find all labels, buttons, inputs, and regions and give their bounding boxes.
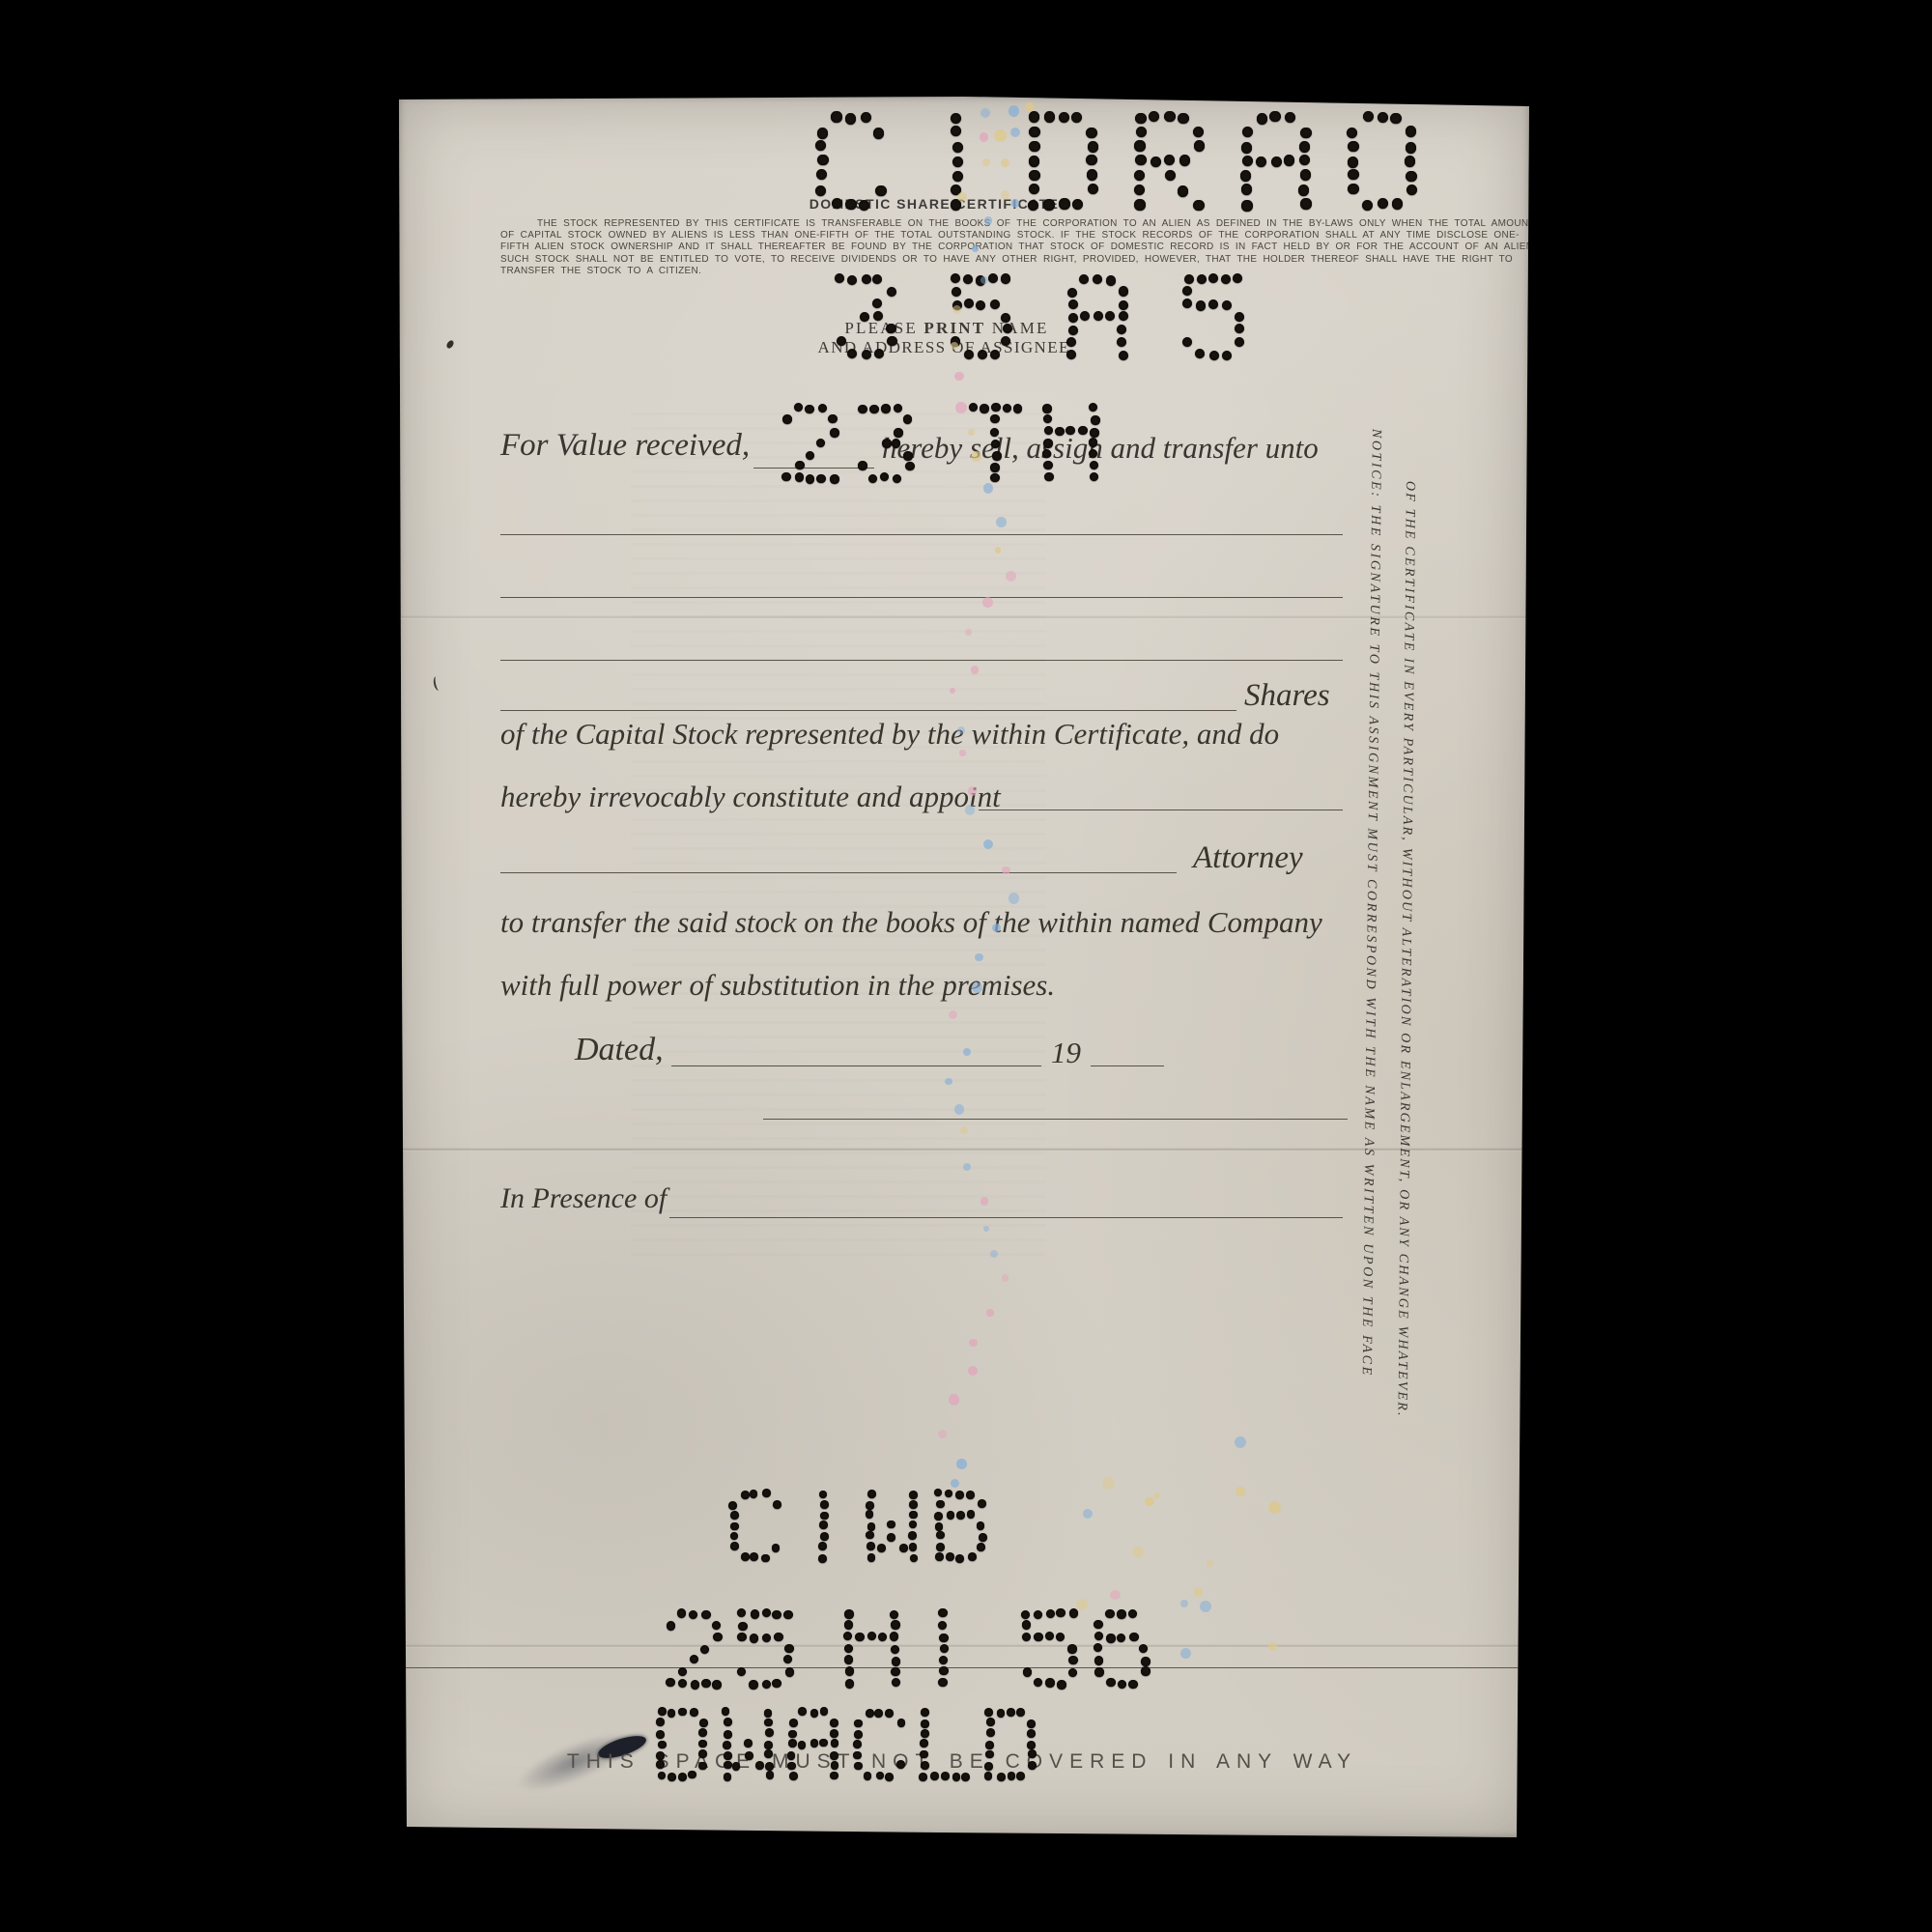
punch-hole	[919, 1773, 927, 1781]
punch-hole	[997, 1709, 1006, 1718]
punch-hole	[772, 1610, 781, 1619]
punch-hole	[951, 185, 961, 195]
punch-hole	[867, 1632, 876, 1640]
confetti-chad	[1153, 1492, 1160, 1499]
punch-hole	[788, 1739, 797, 1747]
punch-hole	[955, 1491, 964, 1499]
punch-hole	[773, 1500, 781, 1509]
punch-hole	[830, 1772, 838, 1780]
punch-hole	[984, 1708, 993, 1717]
punch-hole	[910, 1554, 919, 1563]
punch-hole	[1300, 198, 1311, 209]
punch-hole	[724, 1751, 732, 1760]
punch-hole	[730, 1532, 739, 1541]
punch-hole	[1105, 311, 1115, 321]
punch-hole	[730, 1511, 739, 1520]
punch-hole	[764, 1741, 773, 1749]
punch-hole	[1182, 337, 1192, 347]
punch-hole	[723, 1741, 731, 1749]
punch-hole	[1141, 1666, 1150, 1675]
punch-hole	[810, 1739, 819, 1747]
punch-hole	[1363, 111, 1374, 122]
confetti-chad	[986, 1309, 994, 1317]
substitution-text: with full power of substitution in the p…	[500, 968, 1055, 1003]
signature-blank	[763, 1119, 1348, 1120]
punch-hole	[1117, 1634, 1125, 1642]
in-presence-of-label: In Presence of	[500, 1182, 667, 1215]
signature-notice-line1: NOTICE: THE SIGNATURE TO THIS ASSIGNMENT…	[1358, 429, 1383, 1378]
punch-hole	[750, 1552, 758, 1561]
punch-hole	[1135, 113, 1146, 124]
punch-hole	[698, 1740, 707, 1748]
punch-hole	[845, 113, 856, 124]
punch-hole	[831, 1761, 839, 1770]
confetti-chad	[954, 372, 964, 382]
punch-hole	[805, 405, 813, 413]
punch-hole	[920, 1750, 928, 1759]
confetti-chad	[968, 1366, 978, 1376]
punch-hole	[1406, 185, 1417, 195]
punch-hole	[795, 472, 804, 481]
punch-hole	[656, 1718, 665, 1726]
punch-hole	[1093, 274, 1102, 284]
restriction-title: DOMESTIC SHARE CERTIFICATE	[805, 196, 1064, 212]
restriction-line: THE STOCK REPRESENTED BY THIS CERTIFICAT…	[500, 218, 1457, 230]
punch-hole	[1029, 184, 1039, 194]
punch-hole	[815, 140, 826, 151]
punch-hole	[1022, 1633, 1031, 1641]
punch-hole	[866, 1709, 874, 1718]
punch-hole	[785, 1667, 794, 1676]
punch-hole	[837, 336, 846, 346]
punch-hole	[765, 1762, 774, 1771]
punch-hole	[1003, 324, 1012, 333]
punch-hole	[938, 1608, 947, 1617]
punch-hole	[737, 1633, 746, 1641]
confetti-chad	[1009, 105, 1020, 117]
punch-hole	[844, 1609, 853, 1618]
punch-hole	[1117, 1609, 1125, 1618]
alien-ownership-restriction-text: THE STOCK REPRESENTED BY THIS CERTIFICAT…	[500, 218, 1457, 277]
sell-assign-transfer-text: hereby sell, assign and transfer unto	[882, 431, 1319, 466]
punch-hole	[1059, 198, 1069, 209]
shares-count-blank	[500, 710, 1236, 711]
punch-hole	[1066, 337, 1076, 347]
punch-hole	[816, 169, 827, 180]
punch-hole	[666, 1678, 674, 1687]
confetti-chad	[1010, 128, 1020, 137]
punch-hole	[977, 1521, 985, 1530]
punch-hole	[1069, 1608, 1078, 1617]
punch-hole	[810, 1709, 819, 1718]
punch-hole	[1390, 113, 1401, 124]
punch-hole	[817, 155, 828, 165]
punch-hole	[891, 1667, 899, 1676]
punch-hole	[1269, 111, 1280, 122]
punch-hole	[909, 1520, 918, 1529]
punch-hole	[1118, 1680, 1126, 1689]
punch-hole	[1348, 156, 1358, 167]
punch-hole	[1136, 127, 1147, 137]
punch-hole	[1066, 350, 1076, 359]
punch-hole	[861, 112, 871, 123]
punch-hole	[1068, 1668, 1077, 1677]
punch-hole	[1105, 1609, 1114, 1618]
confetti-chad	[969, 1339, 978, 1348]
punch-hole	[690, 1655, 698, 1663]
punch-hole	[1023, 1667, 1032, 1676]
punch-hole	[1378, 112, 1388, 123]
punch-hole	[1235, 324, 1244, 333]
punch-hole	[1034, 1610, 1042, 1619]
punch-hole	[945, 1490, 953, 1498]
confetti-chad	[1076, 1599, 1089, 1611]
punch-hole	[1208, 299, 1218, 309]
punch-hole	[874, 349, 884, 358]
punch-hole	[1235, 312, 1244, 322]
confetti-chad	[1235, 1436, 1246, 1448]
punch-hole	[1086, 128, 1096, 138]
punch-hole	[891, 1645, 899, 1654]
punch-hole	[921, 1761, 929, 1770]
punch-hole	[1088, 184, 1098, 194]
punch-hole	[783, 1655, 792, 1663]
punch-hole	[668, 1773, 676, 1781]
punch-hole	[1141, 1657, 1150, 1665]
punch-hole	[1117, 337, 1126, 347]
punch-hole	[1027, 1719, 1036, 1728]
punch-hole	[1151, 156, 1161, 167]
punch-hole	[887, 1533, 895, 1542]
punch-hole	[952, 142, 963, 153]
punch-hole	[732, 1762, 741, 1771]
restriction-line: OF CAPITAL STOCK OWNED BY ALIENS IS LESS…	[500, 230, 1457, 241]
punch-hole	[1001, 313, 1010, 323]
punch-hole	[828, 414, 837, 423]
punch-hole	[668, 1709, 676, 1718]
ink-showthrough	[631, 406, 1046, 1256]
punch-hole	[899, 1544, 908, 1552]
punch-hole	[1242, 127, 1253, 137]
punch-hole	[935, 1552, 944, 1561]
confetti-chad	[1002, 1274, 1009, 1281]
punch-hole	[952, 156, 963, 167]
shares-label: Shares	[1244, 678, 1330, 714]
punch-hole	[936, 1531, 945, 1540]
restriction-line: FIFTH ALIEN STOCK OWNERSHIP AND IT SHALL…	[500, 241, 1457, 253]
punch-hole	[1222, 300, 1232, 310]
confetti-chad	[938, 1430, 947, 1438]
punch-hole	[1182, 286, 1192, 296]
punch-hole	[1057, 1680, 1065, 1689]
punch-hole	[1241, 142, 1252, 153]
punch-hole	[990, 299, 1000, 309]
punch-hole	[878, 1633, 887, 1641]
confetti-chad	[951, 1479, 959, 1488]
punch-hole	[1080, 311, 1090, 321]
punch-hole	[930, 1772, 939, 1780]
punch-hole	[1242, 156, 1253, 166]
punch-hole	[722, 1707, 730, 1716]
punch-hole	[1045, 1632, 1054, 1640]
punch-hole	[1117, 325, 1126, 334]
punch-hole	[985, 1741, 994, 1749]
punch-hole	[946, 1552, 954, 1561]
punch-hole	[1119, 300, 1128, 310]
punch-hole	[1240, 170, 1251, 181]
punch-hole	[880, 472, 889, 481]
punch-hole	[798, 1707, 807, 1716]
punch-hole	[1007, 1708, 1015, 1717]
assignee-instruction-print: PRINT	[923, 319, 985, 337]
confetti-chad	[1180, 1648, 1192, 1660]
paper-speck	[445, 339, 455, 350]
punch-hole	[1090, 428, 1098, 437]
punch-hole	[951, 126, 961, 136]
confetti-chad	[1268, 1642, 1277, 1651]
assignor-name-blank	[753, 468, 874, 469]
punch-hole	[751, 1609, 759, 1618]
punch-hole	[678, 1667, 687, 1676]
punch-hole	[1129, 1633, 1138, 1641]
punch-hole	[991, 403, 1000, 412]
punch-hole	[1197, 274, 1207, 284]
punch-hole	[1094, 1667, 1103, 1676]
punch-hole	[1209, 351, 1219, 360]
confetti-chad	[1268, 1501, 1281, 1514]
dated-label: Dated,	[575, 1032, 664, 1068]
punch-hole	[992, 451, 1001, 460]
punch-hole	[818, 1542, 827, 1550]
punch-hole	[967, 1510, 976, 1519]
constitute-appoint-text: hereby irrevocably constitute and appoin…	[500, 780, 1001, 814]
punch-hole	[978, 350, 987, 359]
punch-hole	[1165, 170, 1176, 181]
punch-hole	[853, 1740, 862, 1748]
punch-hole	[955, 1554, 964, 1563]
punch-hole	[886, 324, 895, 333]
confetti-chad	[956, 1459, 967, 1469]
punch-hole	[724, 1730, 732, 1739]
punch-hole	[667, 1621, 675, 1630]
punch-hole	[862, 274, 871, 284]
confetti-chad	[1236, 1487, 1245, 1496]
punch-hole	[1241, 200, 1252, 211]
punch-hole	[795, 461, 804, 469]
punch-hole	[935, 1522, 944, 1531]
punch-hole	[843, 1632, 852, 1640]
punch-hole	[830, 474, 838, 483]
confetti-chad	[1207, 1559, 1213, 1566]
punch-hole	[1178, 185, 1188, 196]
punch-hole	[744, 1739, 753, 1747]
punch-hole	[891, 1620, 899, 1629]
punch-hole	[952, 300, 962, 310]
punch-hole	[990, 350, 1000, 359]
punch-hole	[1222, 351, 1232, 360]
punch-hole	[819, 1739, 828, 1747]
punch-hole	[1119, 286, 1128, 296]
punch-hole	[875, 185, 886, 196]
attorney-label: Attorney	[1193, 840, 1303, 876]
punch-hole	[1094, 1643, 1102, 1652]
punch-hole	[951, 199, 961, 210]
photo-background: { "photo": { "background": "#000000" }, …	[0, 0, 1932, 1932]
punch-hole	[1078, 426, 1087, 435]
punch-hole	[806, 451, 814, 460]
punch-hole	[761, 1554, 770, 1563]
punch-hole	[951, 273, 960, 283]
punch-hole	[765, 1728, 774, 1737]
punch-hole	[781, 472, 790, 481]
punch-hole	[783, 1610, 792, 1619]
punch-hole	[698, 1762, 707, 1771]
punch-hole	[820, 1500, 829, 1509]
punch-hole	[893, 474, 901, 483]
punch-hole	[1134, 199, 1145, 210]
punch-hole	[1042, 404, 1051, 412]
punch-hole	[951, 336, 960, 346]
punch-hole	[866, 1501, 874, 1510]
punch-hole	[741, 1491, 750, 1499]
punch-hole	[678, 1773, 687, 1781]
punch-hole	[939, 1634, 948, 1642]
punch-hole	[964, 350, 974, 359]
punch-hole	[818, 1554, 827, 1563]
punch-hole	[1022, 1620, 1031, 1629]
punch-hole	[1406, 126, 1416, 136]
punch-hole	[941, 1772, 950, 1780]
punch-hole	[1089, 438, 1097, 446]
punch-hole	[1164, 111, 1175, 122]
punch-hole	[1348, 184, 1358, 194]
punch-hole	[835, 273, 844, 283]
punch-hole	[1094, 1620, 1102, 1629]
punch-hole	[764, 1719, 773, 1727]
punch-hole	[724, 1718, 732, 1726]
punch-hole	[1071, 112, 1082, 123]
punch-hole	[1055, 427, 1064, 436]
punch-hole	[656, 1760, 665, 1769]
punch-hole	[1299, 141, 1310, 152]
punch-hole	[1056, 1608, 1065, 1617]
punch-hole	[1028, 1761, 1037, 1770]
punch-hole	[867, 1490, 876, 1498]
assignee-instruction-pre: PLEASE	[844, 319, 918, 337]
confetti-chad	[982, 158, 990, 166]
punch-hole	[1090, 461, 1098, 469]
punch-hole	[819, 1491, 828, 1499]
punch-hole	[984, 1762, 993, 1771]
punch-hole	[844, 1620, 853, 1629]
punch-hole	[755, 1761, 764, 1770]
punch-hole	[728, 1501, 737, 1510]
punch-hole	[656, 1730, 665, 1739]
punch-hole	[990, 473, 999, 482]
punch-hole	[1392, 198, 1403, 209]
punch-hole	[939, 1656, 948, 1664]
punch-hole	[830, 1719, 838, 1727]
confetti-chad	[1132, 1547, 1144, 1558]
punch-hole	[862, 350, 871, 359]
punch-hole	[1233, 273, 1242, 283]
punch-hole	[1405, 156, 1415, 166]
punch-hole	[1044, 426, 1053, 435]
punch-hole	[1094, 1632, 1103, 1640]
punch-hole	[952, 171, 963, 182]
punch-hole	[952, 1773, 961, 1781]
punch-hole	[691, 1680, 699, 1689]
punch-hole	[1196, 300, 1206, 310]
punch-hole	[978, 1499, 986, 1508]
punch-hole	[1094, 311, 1103, 321]
punch-hole	[986, 1728, 995, 1737]
punch-hole	[832, 198, 842, 209]
punch-hole	[894, 428, 902, 437]
signature-notice-line2: OF THE CERTIFICATE IN EVERY PARTICULAR, …	[1394, 481, 1417, 1418]
punch-hole	[963, 274, 973, 284]
punch-hole	[845, 1679, 854, 1688]
punch-hole	[961, 1773, 970, 1781]
punch-hole	[690, 1708, 698, 1717]
confetti-chad	[1180, 1600, 1188, 1607]
punch-hole	[688, 1771, 696, 1779]
punch-hole	[1029, 127, 1039, 137]
punch-hole	[1091, 415, 1099, 424]
punch-hole	[909, 1543, 918, 1551]
punch-hole	[1044, 472, 1053, 481]
transfer-books-text: to transfer the said stock on the books …	[500, 905, 1322, 940]
punch-hole	[772, 1544, 781, 1552]
punch-hole	[1300, 128, 1311, 138]
punch-hole	[1001, 273, 1010, 283]
punch-hole	[887, 336, 896, 346]
punch-hole	[745, 1751, 753, 1760]
punch-hole	[749, 1680, 757, 1689]
punch-hole	[764, 1709, 773, 1718]
confetti-chad	[949, 1394, 960, 1406]
punch-hole	[1378, 198, 1388, 209]
confetti-chad	[1145, 1497, 1153, 1506]
punch-hole	[845, 1666, 854, 1675]
punch-hole	[724, 1761, 732, 1770]
punch-hole	[1016, 1708, 1025, 1717]
punch-hole	[1193, 200, 1204, 211]
punch-hole	[936, 1500, 945, 1509]
punch-hole	[1179, 155, 1190, 165]
punch-hole	[750, 1490, 758, 1498]
capital-stock-text: of the Capital Stock represented by the …	[500, 717, 1279, 752]
witness-signature-blank	[669, 1217, 1343, 1218]
punch-hole	[934, 1512, 943, 1520]
confetti-chad	[1110, 1590, 1121, 1601]
punch-hole	[1043, 414, 1052, 423]
punch-hole	[817, 128, 828, 138]
punch-hole	[1067, 1644, 1076, 1653]
punch-hole	[678, 1708, 687, 1717]
punch-hole	[798, 1741, 807, 1749]
punch-hole	[1194, 140, 1205, 151]
punch-hole	[921, 1719, 929, 1728]
punch-hole	[939, 1666, 948, 1675]
punch-hole	[1067, 288, 1077, 298]
punch-hole	[1347, 128, 1357, 138]
punch-hole	[712, 1680, 721, 1689]
punch-hole	[936, 1543, 945, 1551]
punch-hole	[1256, 156, 1266, 167]
punch-hole	[815, 185, 826, 196]
punch-hole	[890, 1610, 898, 1619]
